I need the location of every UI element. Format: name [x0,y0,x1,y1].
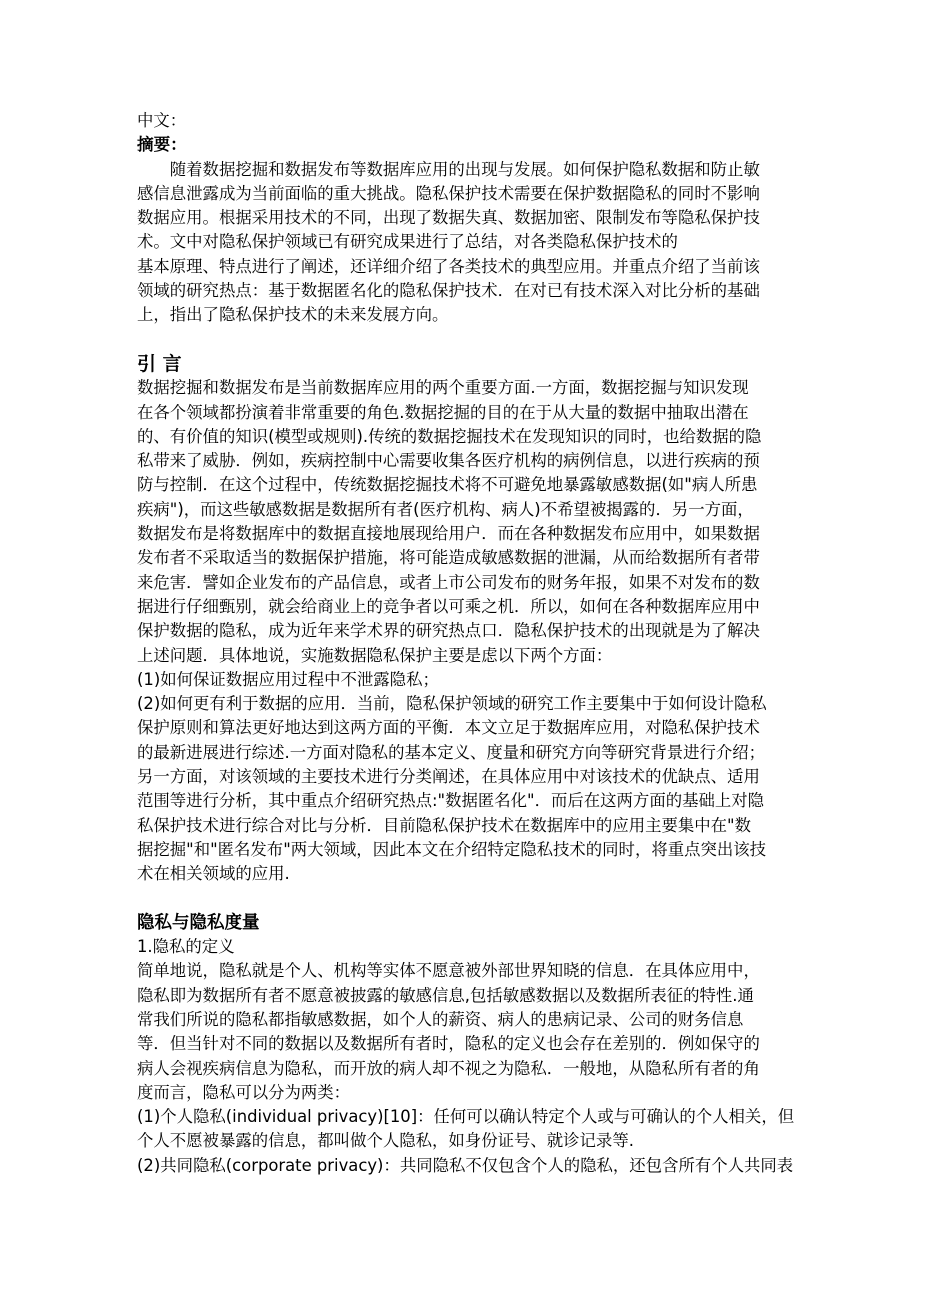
text-line: 上述问题．具体地说，实施数据隐私保护主要是虑以下两个方面： [137,644,857,668]
text-line: 防与控制．在这个过程中，传统数据挖掘技术将不可避免地暴露敏感数据(如"病人所患 [137,473,857,497]
text-line: 范围等进行分析，其中重点介绍研究热点:"数据匿名化"．而后在这两方面的基础上对隐 [137,789,857,813]
text-line: 基本原理、特点进行了阐述，还详细介绍了各类技术的典型应用。并重点介绍了当前该 [137,255,857,279]
text-line: 私保护技术进行综合对比与分析．目前隐私保护技术在数据库中的应用主要集中在"数 [137,814,857,838]
text-line: 个人不愿被暴露的信息，都叫做个人隐私，如身份证号、就诊记录等. [137,1129,857,1153]
text-line: 等．但当针对不同的数据以及数据所有者时，隐私的定义也会存在差别的．例如保守的 [137,1032,857,1056]
text-line: 1.隐私的定义 [137,935,857,959]
text-line: 据进行仔细甄别，就会给商业上的竞争者以可乘之机．所以，如何在各种数据库应用中 [137,595,857,619]
text-line: 的最新进展进行综述.一方面对隐私的基本定义、度量和研究方向等研究背景进行介绍； [137,741,857,765]
document-page: 中文：摘要： 随着数据挖掘和数据发布等数据库应用的出现与发展。如何保护隐私数据和… [0,0,926,1309]
text-line: 随着数据挖掘和数据发布等数据库应用的出现与发展。如何保护隐私数据和防止敏 [137,158,857,182]
text-line: 领域的研究热点：基于数据匿名化的隐私保护技术．在对已有技术深入对比分析的基础 [137,279,857,303]
heading-line: 引 言 [137,352,857,376]
text-line: 上，指出了隐私保护技术的未来发展方向。 [137,303,857,327]
text-line: 在各个领域都扮演着非常重要的角色.数据挖掘的目的在于从大量的数据中抽取出潜在 [137,401,857,425]
text-line: 私带来了威胁．例如，疾病控制中心需要收集各医疗机构的病例信息，以进行疾病的预 [137,449,857,473]
text-line: (2)共同隐私(corporate privacy)：共同隐私不仅包含个人的隐私… [137,1154,857,1178]
text-line: (1)个人隐私(individual privacy)[10]：任何可以确认特定… [137,1105,857,1129]
heading-line: 摘要： [137,133,857,157]
text-line: 常我们所说的隐私都指敏感数据，如个人的薪资、病人的患病记录、公司的财务信息 [137,1008,857,1032]
text-line: 感信息泄露成为当前面临的重大挑战。隐私保护技术需要在保护数据隐私的同时不影响 [137,182,857,206]
text-line: 简单地说，隐私就是个人、机构等实体不愿意被外部世界知晓的信息．在具体应用中， [137,959,857,983]
text-line: 疾病")，而这些敏感数据是数据所有者(医疗机构、病人)不希望被揭露的．另一方面， [137,498,857,522]
text-line: 术在相关领域的应用. [137,862,857,886]
text-line: 发布者不采取适当的数据保护措施，将可能造成敏感数据的泄漏，从而给数据所有者带 [137,546,857,570]
text-line: 保护数据的隐私，成为近年来学术界的研究热点口．隐私保护技术的出现就是为了解决 [137,619,857,643]
text-line: (1)如何保证数据应用过程中不泄露隐私； [137,668,857,692]
text-line: 病人会视疾病信息为隐私，而开放的病人却不视之为隐私．一般地，从隐私所有者的角 [137,1057,857,1081]
text-line: 另一方面，对该领域的主要技术进行分类阐述，在具体应用中对该技术的优缺点、适用 [137,765,857,789]
text-line: 中文： [137,109,857,133]
text-line: 隐私即为数据所有者不愿意被披露的敏感信息,包括敏感数据以及数据所表征的特性.通 [137,984,857,1008]
heading-line: 隐私与隐私度量 [137,911,857,935]
text-line: 度而言，隐私可以分为两类： [137,1081,857,1105]
text-line: 保护原则和算法更好地达到这两方面的平衡．本文立足于数据库应用，对隐私保护技术 [137,716,857,740]
text-line: 数据挖掘和数据发布是当前数据库应用的两个重要方面.一方面，数据挖掘与知识发现 [137,376,857,400]
text-line: 据挖掘"和"匿名发布"两大领域，因此本文在介绍特定隐私技术的同时，将重点突出该技 [137,838,857,862]
text-line: 数据应用。根据采用技术的不同，出现了数据失真、数据加密、限制发布等隐私保护技 [137,206,857,230]
text-line: 的、有价值的知识(模型或规则).传统的数据挖掘技术在发现知识的同时，也给数据的隐 [137,425,857,449]
text-line: (2)如何更有利于数据的应用．当前，隐私保护领域的研究工作主要集中于如何设计隐私 [137,692,857,716]
text-line: 数据发布是将数据库中的数据直接地展现给用户．而在各种数据发布应用中，如果数据 [137,522,857,546]
text-line: 术。文中对隐私保护领域已有研究成果进行了总结，对各类隐私保护技术的 [137,230,857,254]
document-content: 中文：摘要： 随着数据挖掘和数据发布等数据库应用的出现与发展。如何保护隐私数据和… [137,109,857,1178]
text-line: 来危害．譬如企业发布的产品信息，或者上市公司发布的财务年报，如果不对发布的数 [137,571,857,595]
